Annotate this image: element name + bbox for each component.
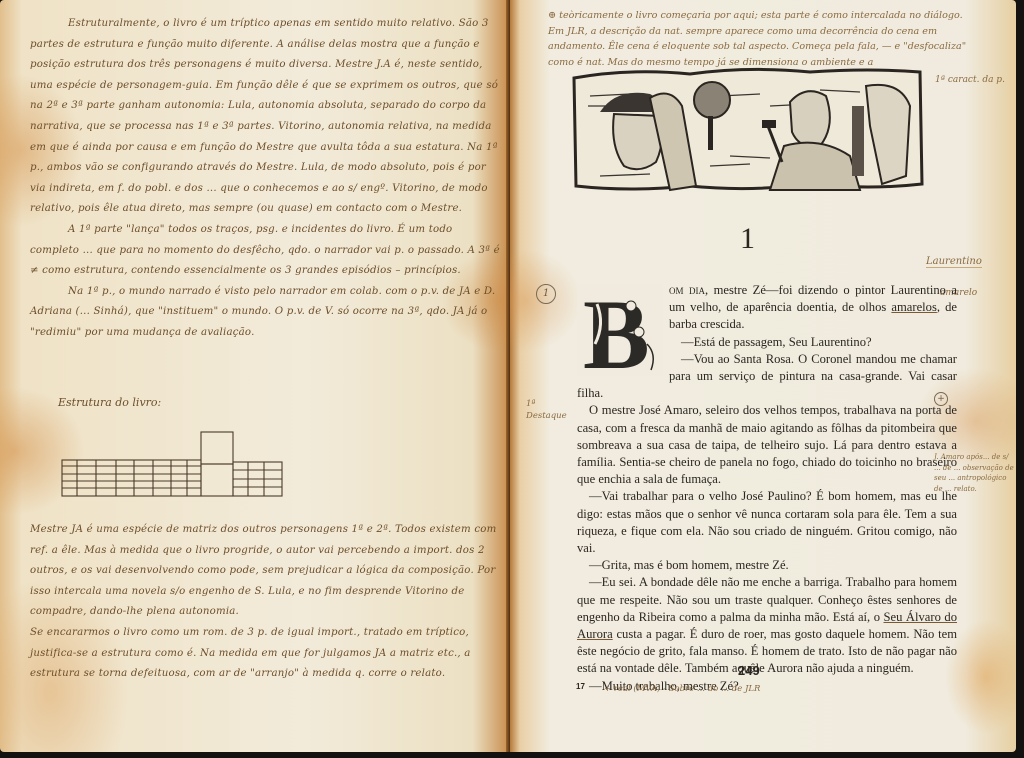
manuscript-paragraph: Estruturalmente, o livro é um tríptico a… — [30, 14, 500, 220]
book-structure-diagram — [60, 430, 290, 502]
bottom-handwritten-note: + real (MVA) - Sobre ... do ... de JLR — [604, 684, 760, 694]
signature-mark: 17 — [576, 682, 585, 691]
woodcut-illustration — [570, 66, 926, 194]
top-handwritten-note: ⊕ teòricamente o livro começaria por aqu… — [548, 8, 978, 70]
manuscript-paragraph: Mestre JA é uma espécie de matriz dos ou… — [30, 520, 500, 623]
paragraph-number-circle: 1 — [536, 284, 556, 304]
opening-smallcaps: om dia — [669, 283, 705, 297]
manuscript-paragraph: Se encararmos o livro como um rom. de 3 … — [30, 623, 500, 685]
chapter-body-text: B om dia, mestre Zé—foi dizendo o pintor… — [577, 282, 957, 695]
decorated-dropcap-b-icon: B — [577, 284, 663, 376]
manuscript-paragraph: A 1ª parte "lança" todos os traços, psg.… — [30, 220, 500, 282]
page-number: 249 — [738, 663, 760, 678]
narrative-paragraph: O mestre José Amaro, seleiro dos velhos … — [577, 402, 957, 488]
dialogue-paragraph-alvaro: —Eu sei. A bondade dêle não me enche a b… — [577, 574, 957, 677]
underlined-amarelos: amarelos — [891, 300, 936, 314]
dialogue-paragraph: —Grita, mas é bom homem, mestre Zé. — [577, 557, 957, 574]
handwritten-notes-bottom: Mestre JA é uma espécie de matriz dos ou… — [30, 520, 500, 685]
dialogue-paragraph: —Vai trabalhar para o velho José Paulino… — [577, 488, 957, 557]
margin-note-destaque: 1ª Destaque — [526, 398, 566, 422]
manuscript-paragraph: Na 1ª p., o mundo narrado é visto pelo n… — [30, 282, 500, 344]
chapter-number: 1 — [740, 222, 755, 256]
structure-heading: Estrutura do livro: — [58, 396, 161, 409]
handwritten-notes-top: Estruturalmente, o livro é um tríptico a… — [30, 14, 500, 344]
margin-note-laurentino: Laurentino — [926, 256, 982, 268]
margin-note-characterization: 1ª caract. da p. — [935, 72, 1005, 88]
